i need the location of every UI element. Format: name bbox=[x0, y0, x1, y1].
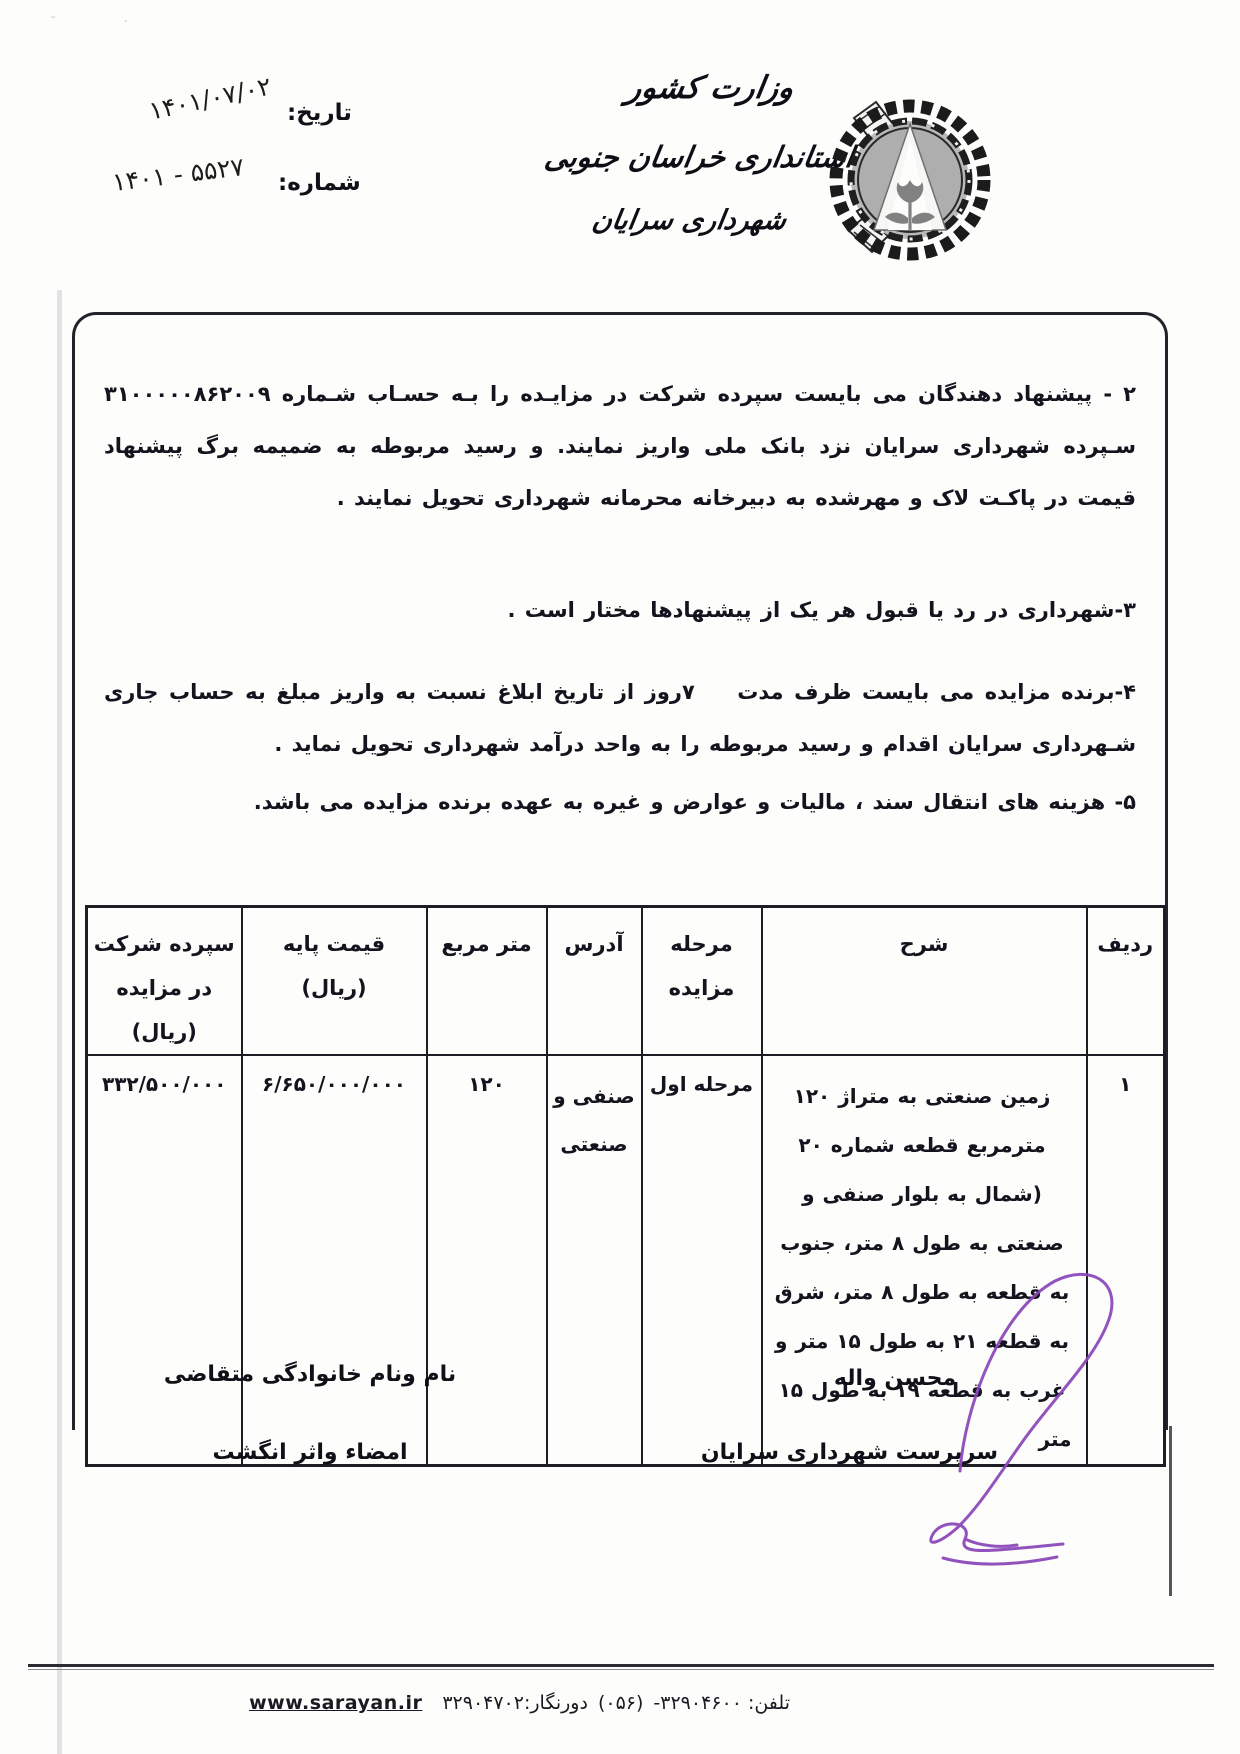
letterhead-municipality: شهرداری سرایان bbox=[504, 190, 874, 252]
date-value-handwritten: ۱۴۰۱/۰۷/۰۲ bbox=[146, 71, 274, 125]
footer-website-link: www.sarayan.ir bbox=[249, 1692, 422, 1714]
footer-rule-shadow bbox=[28, 1669, 1214, 1670]
municipality-emblem-logo bbox=[820, 84, 992, 268]
header-description: شرح bbox=[762, 907, 1087, 1056]
applicant-name-label: نام ونام خانوادگی متقاضی bbox=[150, 1362, 470, 1387]
header-base-price: قیمت پایه (ریال) bbox=[242, 907, 427, 1056]
footer-area-code: (۰۵۶) bbox=[598, 1692, 643, 1714]
cell-area: ۱۲۰ bbox=[427, 1055, 547, 1466]
clause-4: ۴-برنده مزایده می بایست ظرف مدت ۷روز از … bbox=[104, 666, 1136, 770]
applicant-signature-label: امضاء واثر انگشت bbox=[150, 1440, 470, 1465]
number-value-handwritten: ۵۵۲۷ - ۱۴۰۱ bbox=[111, 152, 246, 197]
footer-rule bbox=[28, 1664, 1214, 1667]
number-label: شماره: bbox=[278, 170, 361, 196]
table-header-row: ردیف شرح مرحله مزایده آدرس متر مربع قیمت… bbox=[87, 907, 1165, 1056]
date-label: تاریخ: bbox=[287, 100, 352, 126]
cell-address: صنفی و صنعتی bbox=[547, 1055, 642, 1466]
cell-stage: مرحله اول bbox=[642, 1055, 762, 1466]
header-area: متر مربع bbox=[427, 907, 547, 1056]
clause-5: ۵- هزینه های انتقال سند ، مالیات و عوارض… bbox=[104, 776, 1136, 828]
header-row-no: ردیف bbox=[1087, 907, 1165, 1056]
clause-2: ۲ - پیشنهاد دهندگان می بایست سپرده شرکت … bbox=[104, 368, 1136, 524]
header-address: آدرس bbox=[547, 907, 642, 1056]
cell-base-price: ۶/۶۵۰/۰۰۰/۰۰۰ bbox=[242, 1055, 427, 1466]
footer-contact-line: تلفن: ۳۲۹۰۴۶۰۰- (۰۵۶) دورنگار:۳۲۹۰۴۷۰۲ w… bbox=[270, 1686, 790, 1720]
clause-3: ۳-شهرداری در رد یا قبول هر یک از پیشنهاد… bbox=[104, 584, 1136, 636]
footer-fax: دورنگار:۳۲۹۰۴۷۰۲ bbox=[442, 1692, 588, 1714]
cell-deposit: ۳۳۲/۵۰۰/۰۰۰ bbox=[87, 1055, 242, 1466]
header-deposit: سپرده شرکت در مزایده (ریال) bbox=[87, 907, 242, 1056]
scan-edge-stripe bbox=[57, 290, 62, 1754]
scan-edge-line bbox=[1169, 1426, 1172, 1596]
handwritten-signature bbox=[905, 1256, 1145, 1586]
scanned-document-page: ٓ ؑ تاریخ: ۱۴۰۱/۰۷/۰۲ شماره: ۵۵۲۷ - ۱۴۰۱… bbox=[0, 0, 1240, 1754]
header-stage: مرحله مزایده bbox=[642, 907, 762, 1056]
footer-phone: تلفن: ۳۲۹۰۴۶۰۰- bbox=[653, 1692, 790, 1714]
